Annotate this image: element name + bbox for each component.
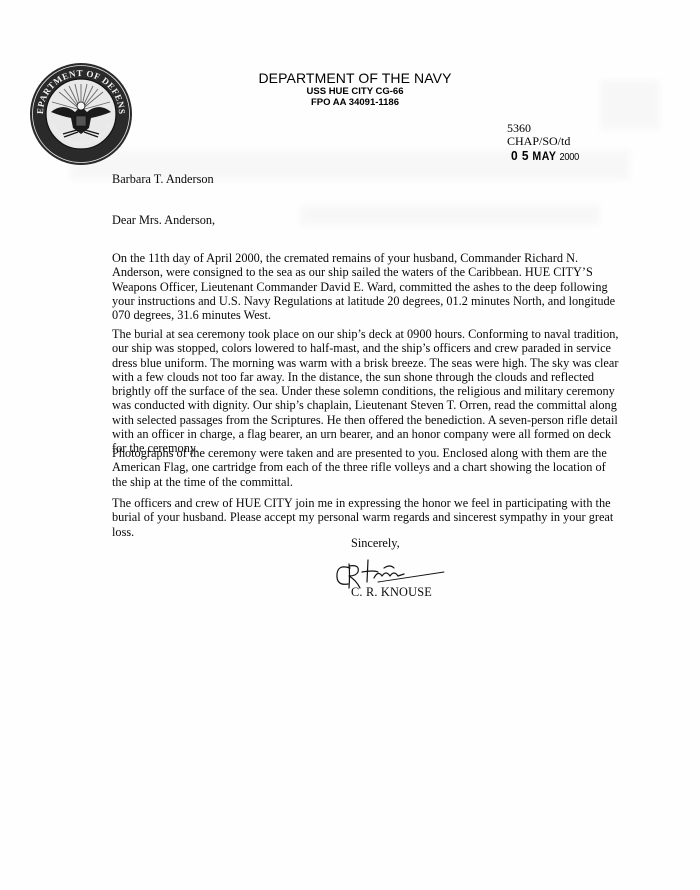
paragraph-burial-details: On the 11th day of April 2000, the crema… xyxy=(112,251,622,322)
reference-block: 5360 CHAP/SO/td 0 5 MAY 2000 xyxy=(507,122,585,164)
paragraph-enclosures: Photographs of the ceremony were taken a… xyxy=(112,446,622,489)
paragraph-ceremony-description: The burial at sea ceremony took place on… xyxy=(112,327,622,456)
recipient-name: Barbara T. Anderson xyxy=(112,172,622,186)
closing: Sincerely, xyxy=(351,536,400,551)
letterhead: DEPARTMENT OF THE NAVY USS HUE CITY CG-6… xyxy=(240,70,470,108)
department-of-defense-seal-icon: DEPARTMENT OF DEFENSE UNITED STATES OF A… xyxy=(29,62,133,166)
ship-address: FPO AA 34091-1186 xyxy=(240,97,470,108)
date-stamp: 0 5 MAY 2000 xyxy=(511,149,579,164)
ship-name: USS HUE CITY CG-66 xyxy=(240,86,470,97)
salutation: Dear Mrs. Anderson, xyxy=(112,213,622,227)
office-code: CHAP/SO/td xyxy=(507,135,585,148)
letter-page: DEPARTMENT OF DEFENSE UNITED STATES OF A… xyxy=(0,0,700,890)
date-stamp-day: 0 5 xyxy=(511,148,529,163)
scan-artifact xyxy=(600,80,660,130)
department-name: DEPARTMENT OF THE NAVY xyxy=(240,70,470,86)
date-stamp-month: MAY xyxy=(532,151,556,163)
signer-name: C. R. KNOUSE xyxy=(351,585,432,600)
paragraph-condolences: The officers and crew of HUE CITY join m… xyxy=(112,496,622,539)
date-stamp-year: 2000 xyxy=(560,152,579,163)
